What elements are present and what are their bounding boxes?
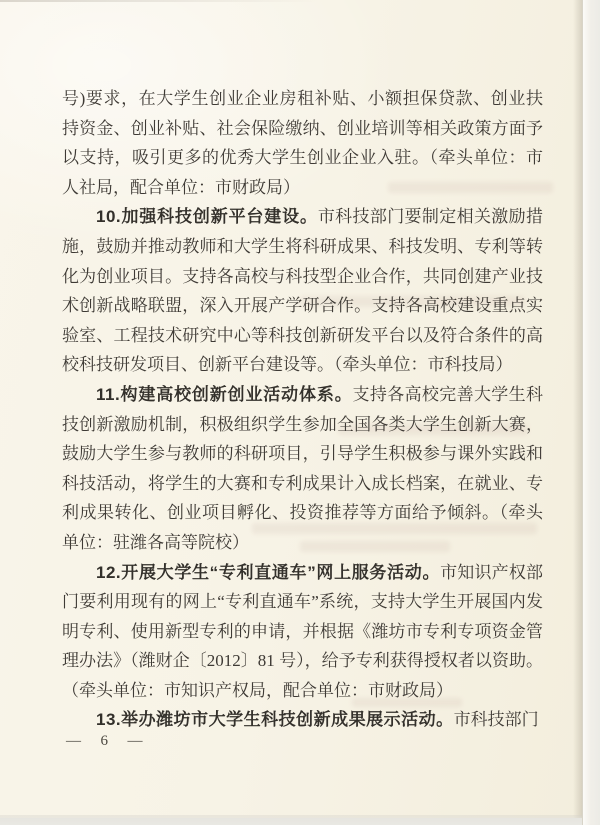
paragraph-0: 号)要求，在大学生创业企业房租补贴、小额担保贷款、创业扶持资金、创业补贴、社会保…	[62, 84, 543, 202]
paragraph-heading: 10.加强科技创新平台建设。	[96, 207, 318, 226]
paragraph-heading: 13.举办潍坊市大学生科技创新成果展示活动。	[96, 710, 454, 729]
paragraph-text: 市科技部门	[454, 710, 539, 729]
page-number: — 6 —	[66, 733, 147, 750]
document-body: 号)要求，在大学生创业企业房租补贴、小额担保贷款、创业扶持资金、创业补贴、社会保…	[62, 84, 543, 735]
paragraph-3: 12.开展大学生“专利直通车”网上服务活动。市知识产权部门要利用现有的网上“专利…	[62, 558, 543, 706]
paragraph-text: 市科技部门要制定相关激励措施，鼓励并推动教师和大学生将科研成果、科技发明、专利等…	[62, 207, 543, 374]
scanner-background-right	[582, 0, 600, 825]
scanner-background-bottom	[0, 815, 582, 825]
paragraph-2: 11.构建高校创新创业活动体系。支持各高校完善大学生科技创新激励机制，积极组织学…	[62, 380, 543, 558]
paragraph-heading: 12.开展大学生“专利直通车”网上服务活动。	[96, 563, 440, 582]
scanned-document-page: 号)要求，在大学生创业企业房租补贴、小额担保贷款、创业扶持资金、创业补贴、社会保…	[0, 0, 600, 825]
paragraph-heading: 11.构建高校创新创业活动体系。	[96, 385, 353, 404]
paragraph-1: 10.加强科技创新平台建设。市科技部门要制定相关激励措施，鼓励并推动教师和大学生…	[62, 202, 543, 380]
paragraph-text: 市知识产权部门要利用现有的网上“专利直通车”系统，支持大学生开展国内发明专利、使…	[62, 563, 543, 700]
paragraph-text: 号)要求，在大学生创业企业房租补贴、小额担保贷款、创业扶持资金、创业补贴、社会保…	[62, 89, 543, 197]
paragraph-text: 支持各高校完善大学生科技创新激励机制，积极组织学生参加全国各类大学生创新大赛，鼓…	[62, 385, 543, 552]
paragraph-4: 13.举办潍坊市大学生科技创新成果展示活动。市科技部门	[62, 705, 543, 735]
paper-sheet: 号)要求，在大学生创业企业房租补贴、小额担保贷款、创业扶持资金、创业补贴、社会保…	[0, 0, 582, 818]
